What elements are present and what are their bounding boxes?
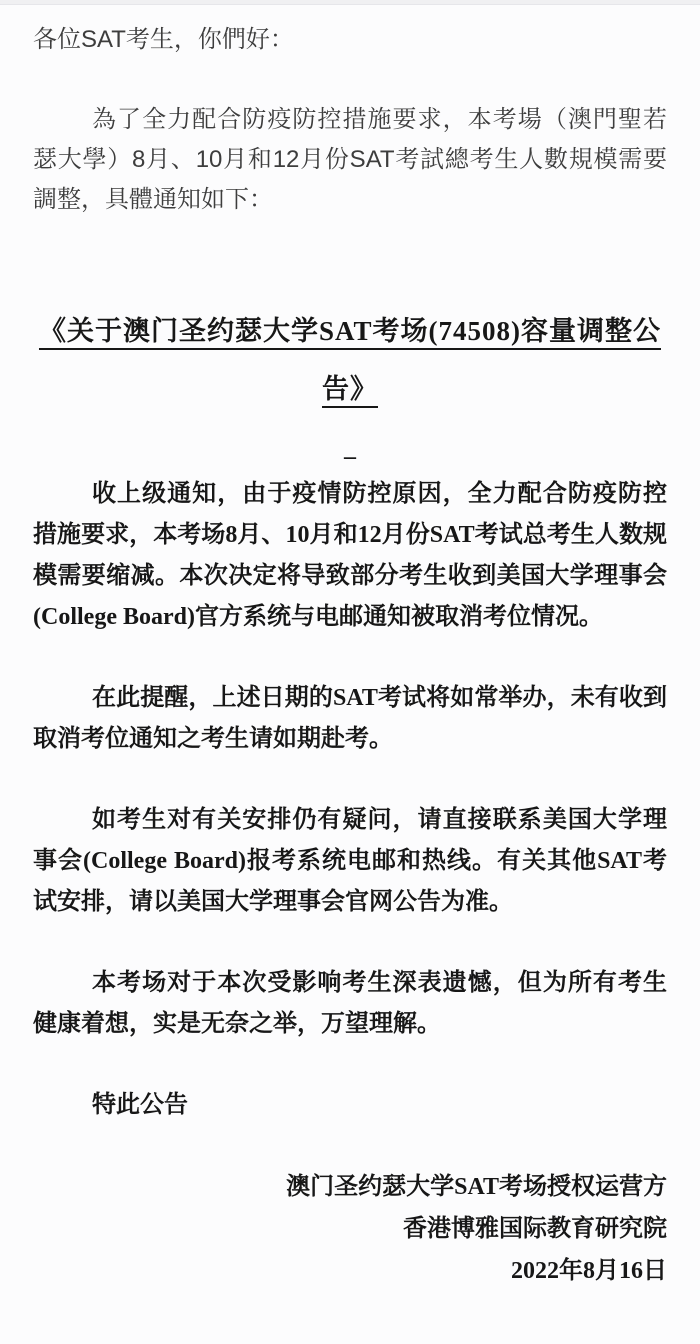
signature-institute: 香港博雅国际教育研究院	[33, 1208, 667, 1250]
closing-line: 特此公告	[33, 1085, 667, 1126]
signature-operator: 澳门圣约瑟大学SAT考场授权运营方	[33, 1166, 667, 1208]
notice-title: 《关于澳门圣约瑟大学SAT考场(74508)容量调整公告》	[33, 302, 667, 418]
signature-block: 澳门圣约瑟大学SAT考场授权运营方 香港博雅国际教育研究院 2022年8月16日	[33, 1166, 667, 1292]
intro-paragraph: 為了全力配合防疫防控措施要求，本考場（澳門聖若瑟大學）8月、10月和12月份SA…	[33, 100, 667, 220]
separator-dash: –	[33, 444, 667, 470]
body-paragraph-contact-info: 如考生对有关安排仍有疑问，请直接联系美国大学理事会(College Board)…	[33, 800, 667, 923]
body-paragraph-capacity-reduction: 收上级通知，由于疫情防控原因，全力配合防疫防控措施要求，本考场8月、10月和12…	[33, 474, 667, 638]
notice-document: 各位SAT考生，你們好： 為了全力配合防疫防控措施要求，本考場（澳門聖若瑟大學）…	[0, 5, 700, 1292]
signature-date: 2022年8月16日	[33, 1250, 667, 1292]
notice-page: 各位SAT考生，你們好： 為了全力配合防疫防控措施要求，本考場（澳門聖若瑟大學）…	[0, 0, 700, 1344]
greeting-line: 各位SAT考生，你們好：	[33, 20, 667, 60]
body-paragraph-apology: 本考场对于本次受影响考生深表遗憾，但为所有考生健康着想，实是无奈之举，万望理解。	[33, 963, 667, 1045]
body-paragraph-exam-reminder: 在此提醒，上述日期的SAT考试将如常举办，未有收到取消考位通知之考生请如期赴考。	[33, 678, 667, 760]
